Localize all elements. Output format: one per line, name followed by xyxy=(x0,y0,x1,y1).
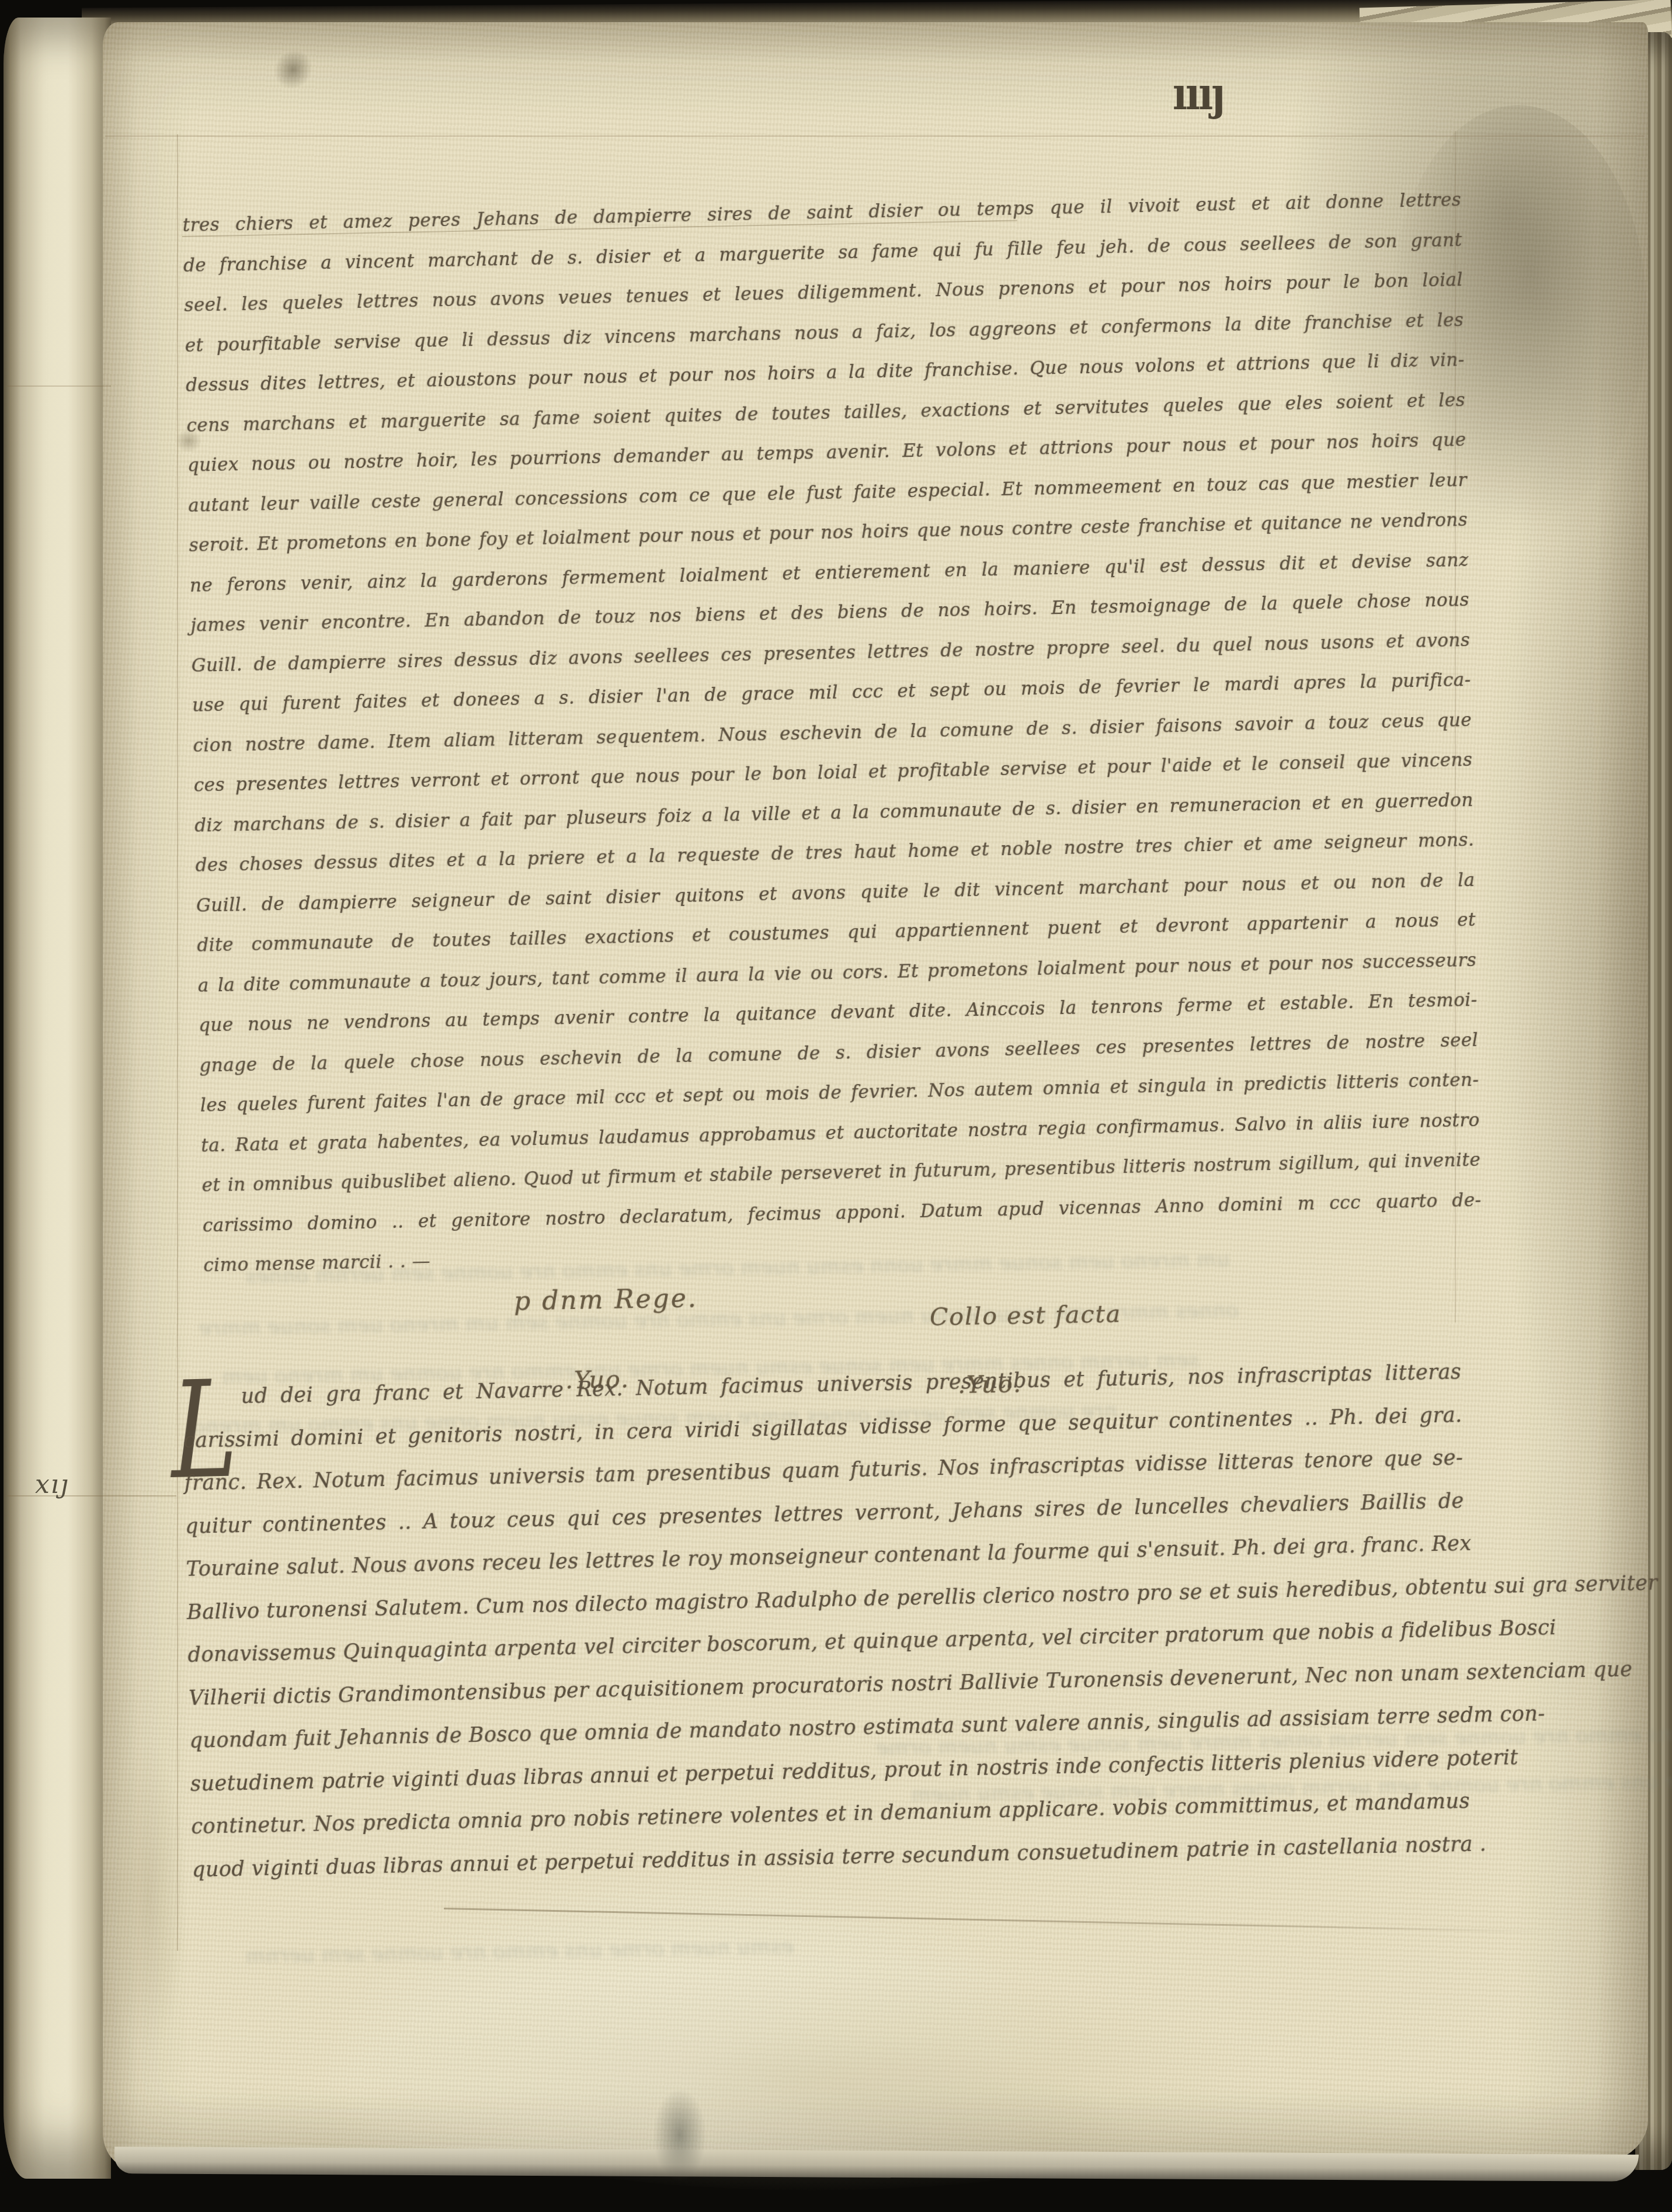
scribal-note-per-dominum-rege: p dnm Rege. xyxy=(514,1283,698,1316)
folio-number: ıııȷ xyxy=(1173,68,1223,120)
ruling-left-margin xyxy=(177,134,178,1951)
ruling-left-stub-2 xyxy=(7,1495,176,1496)
stain-left-lower xyxy=(111,1741,187,2056)
ruling-left-stub-1 xyxy=(7,386,111,387)
gutter-previous-leaf xyxy=(4,18,111,2179)
scribal-note-collatio: Collo est facta xyxy=(930,1300,1122,1331)
text-block-lower: ud dei gra franc et Navarre Rex. Notum f… xyxy=(182,1351,1471,1892)
stain-bottom-blob xyxy=(653,2088,707,2182)
margin-item-number: xıȷ xyxy=(35,1470,69,1499)
stain-bottom-band xyxy=(362,1968,1261,2190)
text-block-upper: tres chiers et amez peres Jehans de damp… xyxy=(182,180,1483,1286)
ruling-top-line xyxy=(105,136,1645,137)
manuscript-photo: um mreno uem sonue mmre uonn esmu nuem o… xyxy=(0,0,1672,2212)
